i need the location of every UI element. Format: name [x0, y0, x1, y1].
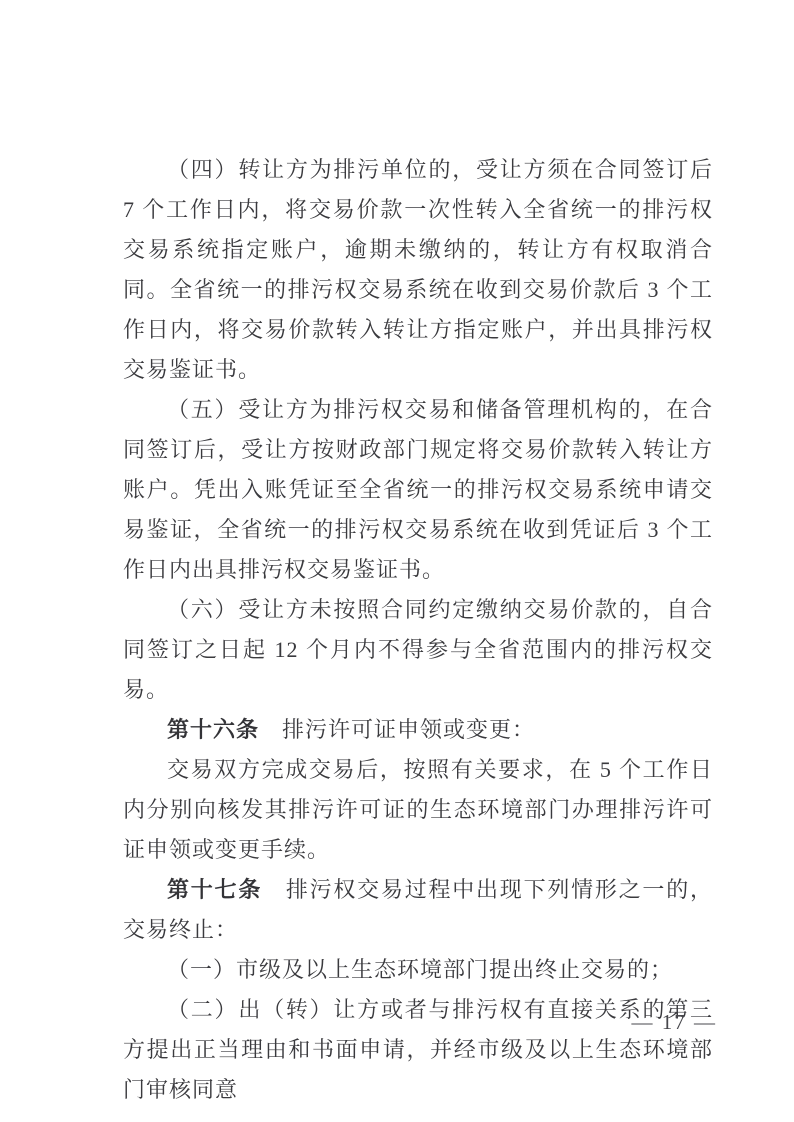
paragraph: （四）转让方为排污单位的，受让方须在合同签订后 7 个工作日内，将交易价款一次性…	[123, 150, 713, 390]
document-body: （四）转让方为排污单位的，受让方须在合同签订后 7 个工作日内，将交易价款一次性…	[123, 150, 713, 1110]
paragraph: 第十七条 排污权交易过程中出现下列情形之一的，交易终止：	[123, 870, 713, 950]
text-run: 交易双方完成交易后，按照有关要求，在 5 个工作日内分别向核发其排污许可证的生态…	[123, 757, 713, 862]
text-run: （五）受让方为排污权交易和储备管理机构的，在合同签订后，受让方按财政部门规定将交…	[123, 397, 713, 582]
paragraph: （五）受让方为排污权交易和储备管理机构的，在合同签订后，受让方按财政部门规定将交…	[123, 390, 713, 590]
page-number: — 17 —	[632, 1007, 718, 1037]
text-run: （一）市级及以上生态环境部门提出终止交易的；	[167, 957, 673, 982]
article-number: 第十七条	[167, 877, 262, 902]
paragraph: （六）受让方未按照合同约定缴纳交易价款的，自合同签订之日起 12 个月内不得参与…	[123, 590, 713, 710]
article-number: 第十六条	[167, 717, 259, 742]
paragraph: 第十六条 排污许可证申领或变更：	[123, 710, 713, 750]
text-run: （六）受让方未按照合同约定缴纳交易价款的，自合同签订之日起 12 个月内不得参与…	[123, 597, 713, 702]
paragraph: （二）出（转）让方或者与排污权有直接关系的第三方提出正当理由和书面申请，并经市级…	[123, 990, 713, 1110]
paragraph: 交易双方完成交易后，按照有关要求，在 5 个工作日内分别向核发其排污许可证的生态…	[123, 750, 713, 870]
text-run: （二）出（转）让方或者与排污权有直接关系的第三方提出正当理由和书面申请，并经市级…	[123, 997, 713, 1102]
paragraph: （一）市级及以上生态环境部门提出终止交易的；	[123, 950, 713, 990]
text-run: 排污许可证申领或变更：	[259, 717, 535, 742]
text-run: （四）转让方为排污单位的，受让方须在合同签订后 7 个工作日内，将交易价款一次性…	[123, 157, 713, 382]
document-page: （四）转让方为排污单位的，受让方须在合同签订后 7 个工作日内，将交易价款一次性…	[0, 0, 794, 1122]
